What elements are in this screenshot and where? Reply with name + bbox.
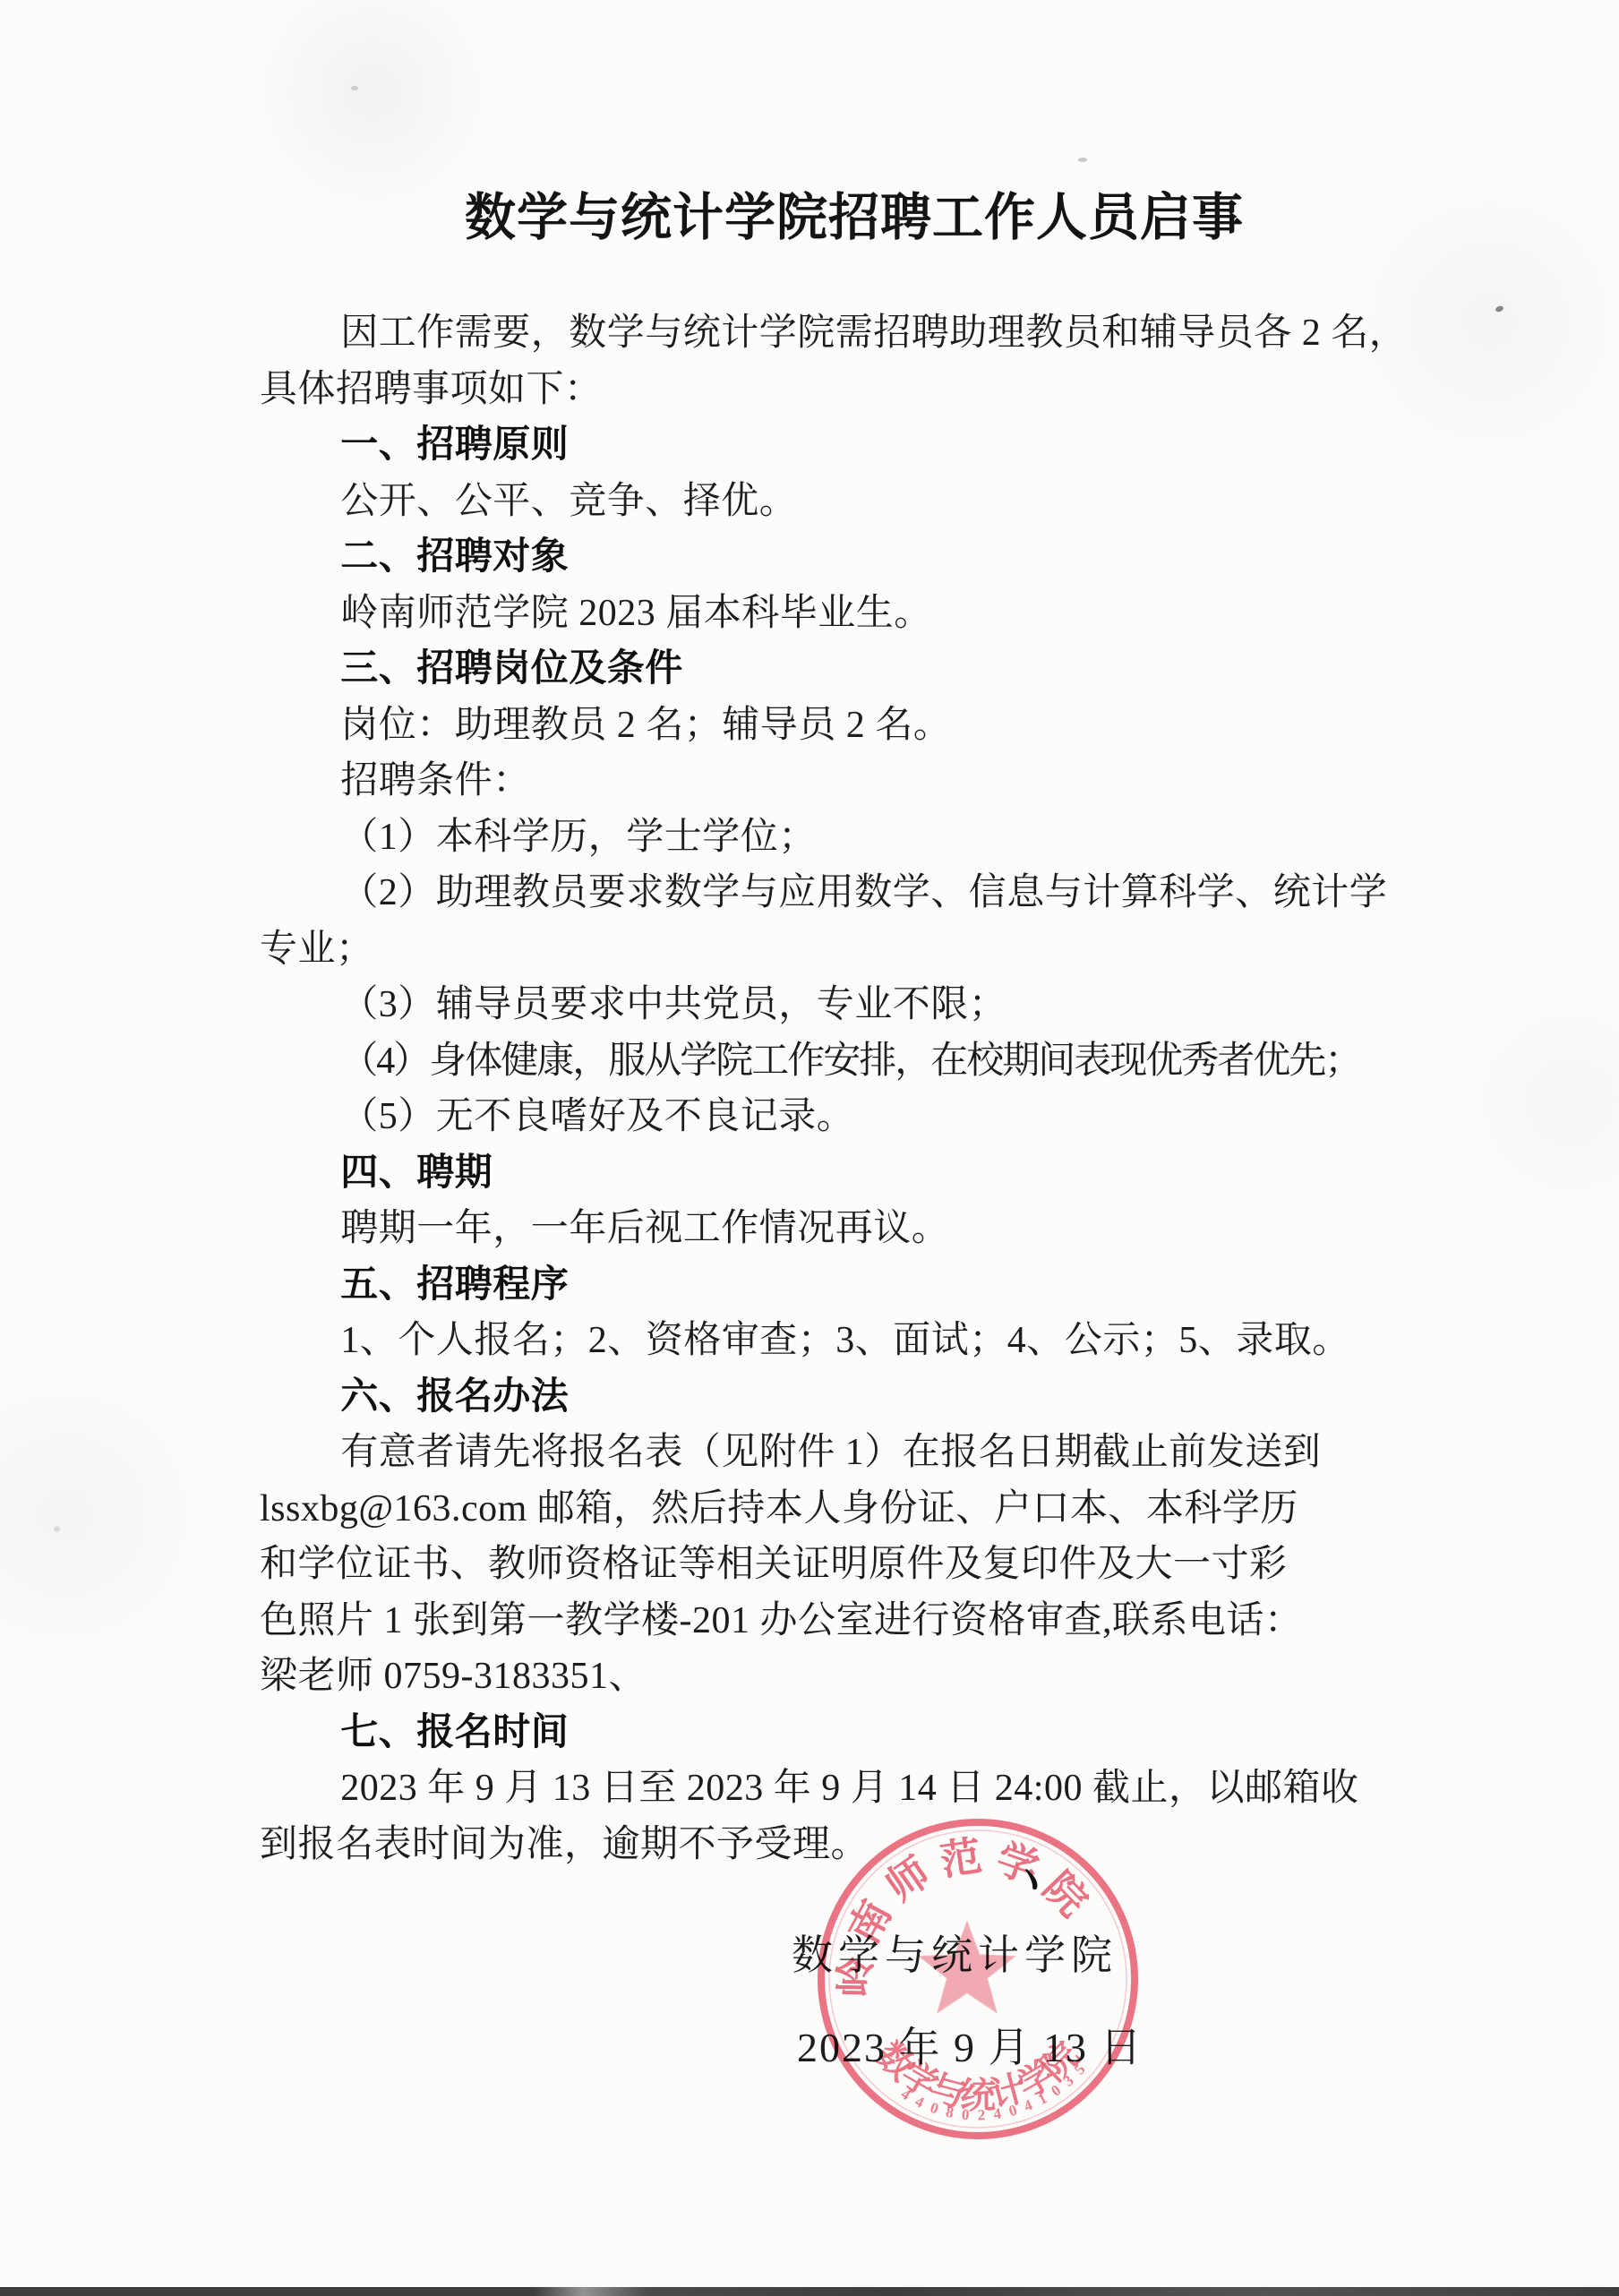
text-line: 五、招聘程序	[260, 1257, 1449, 1314]
text-line: 有意者请先将报名表（见附件 1）在报名日期截止前发送到	[260, 1425, 1449, 1481]
page-title: 数学与统计学院招聘工作人员启事	[260, 183, 1449, 254]
text-line: 和学位证书、教师资格证等相关证明原件及复印件及大一寸彩	[260, 1537, 1449, 1593]
scan-edge-shadow	[0, 2287, 1619, 2296]
text-line: 具体招聘事项如下：	[260, 362, 1449, 418]
text-line: 梁老师 0759-3183351、	[260, 1649, 1449, 1705]
text-line: 一、招聘原则	[260, 417, 1449, 474]
text-line: 六、报名办法	[260, 1369, 1449, 1426]
text-line: （1）本科学历，学士学位；	[260, 810, 1449, 866]
svg-text:2: 2	[978, 2106, 986, 2123]
text-line: （5）无不良嗜好及不良记录。	[260, 1089, 1449, 1145]
scan-speck	[1078, 158, 1087, 162]
text-line: 岗位：助理教员 2 名；辅导员 2 名。	[260, 698, 1449, 754]
official-seal-stamp: 岭南师范学院数学与统计学院4408024041035	[808, 1809, 1148, 2149]
text-line: 1、个人报名；2、资格审查；3、面试；4、公示；5、录取。	[260, 1313, 1449, 1369]
text-line: 三、招聘岗位及条件	[260, 641, 1449, 698]
svg-text:范: 范	[938, 1833, 985, 1884]
svg-text:师: 师	[878, 1849, 938, 1910]
text-line: 因工作需要，数学与统计学院需招聘助理教员和辅导员各 2 名，	[260, 305, 1449, 362]
text-line: 招聘条件：	[260, 753, 1449, 810]
document-body: 因工作需要，数学与统计学院需招聘助理教员和辅导员各 2 名，具体招聘事项如下：一…	[260, 305, 1449, 1872]
document-content: 数学与统计学院招聘工作人员启事 因工作需要，数学与统计学院需招聘助理教员和辅导员…	[260, 183, 1449, 2076]
text-line: 公开、公平、竞争、择优。	[260, 474, 1449, 530]
scanned-document-page: 数学与统计学院招聘工作人员启事 因工作需要，数学与统计学院需招聘助理教员和辅导员…	[0, 0, 1619, 2296]
svg-text:岭: 岭	[833, 1956, 879, 1998]
text-line: lssxbg@163.com 邮箱，然后持本人身份证、户口本、本科学历	[260, 1481, 1449, 1538]
svg-text:0: 0	[961, 2106, 970, 2124]
text-line: （2）助理教员要求数学与应用数学、信息与计算科学、统计学	[260, 865, 1449, 921]
scan-speck	[351, 86, 358, 90]
text-line: 专业；	[260, 921, 1449, 978]
text-line: 岭南师范学院 2023 届本科毕业生。	[260, 586, 1449, 642]
text-line: 二、招聘对象	[260, 529, 1449, 586]
svg-text:南: 南	[841, 1893, 901, 1951]
text-line: （3）辅导员要求中共党员，专业不限；	[260, 977, 1449, 1033]
scan-speck	[54, 1526, 60, 1532]
text-line: 七、报名时间	[260, 1705, 1449, 1761]
text-line: 四、聘期	[260, 1145, 1449, 1202]
text-line: （4）身体健康，服从学院工作安排，在校期间表现优秀者优先；	[260, 1033, 1449, 1090]
text-line: 聘期一年，一年后视工作情况再议。	[260, 1201, 1449, 1257]
text-line: 色照片 1 张到第一教学楼-201 办公室进行资格审查,联系电话：	[260, 1593, 1449, 1649]
scan-speck	[1495, 305, 1504, 313]
